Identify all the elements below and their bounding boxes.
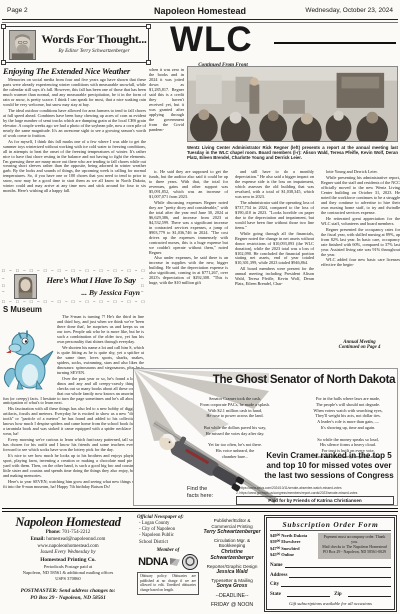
staff-role: Publisher/Editor & Commercial Printing <box>203 518 261 529</box>
words-for-thought-box: Words For Thought... By Editor Terry Sch… <box>3 26 149 63</box>
field-label: Name <box>270 563 283 568</box>
s-museum-body: The S-man is turning 7! He's the third i… <box>3 315 144 505</box>
left-article-body: Memories on social media from four and f… <box>3 78 146 268</box>
paragraph: While presenting his administrative repo… <box>321 176 400 216</box>
masthead-printer: Homestead Printing Co. <box>4 557 132 564</box>
paragraph: While discussing expenses Regner noted t… <box>149 201 228 256</box>
frame-corner <box>146 60 151 65</box>
postmaster-note: POSTMASTER: Send address changes to: PO … <box>4 588 132 602</box>
staff-name: Christine Schwartzenberger <box>203 549 261 562</box>
jessica-photo <box>14 274 37 299</box>
fill-in-line[interactable] <box>285 563 392 568</box>
column-byline: By Editor Terry Schwartzenberger <box>40 48 148 54</box>
obituary-policy: Obituary policy: Obituaries are publishe… <box>137 572 199 595</box>
wlc-column-3: lotte Young and Derrick Leier.While pres… <box>321 170 400 330</box>
paragraph: Every morning we're curious to learn whi… <box>3 438 144 453</box>
find-facts-label: Find the facts here: <box>187 486 235 500</box>
paragraph: As for myself, I think this fall marks o… <box>3 140 146 195</box>
paragraph: While going through all the financials, … <box>235 232 314 267</box>
source-links: 1. https://www.axios.com/2024/10/11/sena… <box>236 486 396 496</box>
meeting-photo <box>187 66 398 142</box>
payment-note: Payment must accompany order. Thank you.… <box>318 533 391 559</box>
newspaper-page: Page 2 Napoleon Homestead Wednesday, Oct… <box>0 0 400 614</box>
paragraph: Regner presented the occupancy rates for… <box>321 228 400 258</box>
masthead-info: Napoleon Homestead Phone: 701-754-2212 E… <box>4 515 132 602</box>
fill-in-line[interactable] <box>281 582 391 587</box>
continued-on-page-note: Annual Meeting Continued on Page 4 <box>321 340 398 350</box>
paragraph: It's nice to see how much he looks up to… <box>3 454 144 479</box>
ornament-border-left: ~ □ ~ <box>2 276 9 296</box>
masthead-phone: Phone: 701-754-2212 <box>4 530 132 537</box>
deadline-time: FRIDAY @ NOON <box>203 602 261 609</box>
email-label: Email: <box>31 537 45 542</box>
fill-in-line[interactable] <box>287 592 330 597</box>
masthead: Napoleon Homestead Phone: 701-754-2212 E… <box>0 515 400 614</box>
paragraph: ic. He said they are supposed to get the… <box>149 170 228 200</box>
frame-corner <box>1 24 6 29</box>
frame-corner <box>1 60 6 65</box>
staff-name: Jessica Wald <box>203 569 261 575</box>
form-field-state-zip: State Zip <box>270 592 391 597</box>
staff-block: Publisher/Editor & Commercial Printing T… <box>203 516 261 609</box>
member-of-label: Member of <box>137 548 199 553</box>
ornament-border-right: ~ □ ~ <box>141 276 148 296</box>
official-item: School District <box>139 540 199 546</box>
ornament-border-bottom: □ ~ □ ~ □ ~ □ ~ □ ~ □ ~ □ ~ □ ~ □ ~ □ ~ … <box>2 299 146 304</box>
wlc-column-1: ic. He said they are supposed to get the… <box>149 170 228 364</box>
photo-caption: Wentz Living Center Administrator Rick R… <box>187 145 398 167</box>
form-field-address: Address <box>270 573 391 578</box>
deadline-label: --DEADLINE-- <box>203 593 261 600</box>
postmaster-line-1: POSTMASTER: Send address changes to: <box>4 588 132 595</box>
masthead-website: www.napoleonhomestead.com <box>4 544 132 551</box>
ad-message: Kevin Cramer ranked in the top 5 and top… <box>262 451 396 480</box>
form-field-city: City <box>270 582 391 587</box>
paragraph: and still have to do a monthly depreciat… <box>235 170 314 200</box>
official-list: - Logan County - City of Napoleon - Napo… <box>139 521 199 546</box>
staff-name: Terry Schwartzenberger <box>203 529 261 535</box>
wlc-headline: WLC <box>170 20 253 60</box>
masthead-rule <box>2 508 398 512</box>
field-label: City <box>270 582 279 587</box>
jessica-column-title: Here's What I Have To Say <box>40 275 142 285</box>
gift-note: Gift subscriptions available for all occ… <box>270 601 391 606</box>
ad-title: The Ghost Senator of North Dakota <box>212 374 396 386</box>
masthead-title: Napoleon Homestead <box>4 515 132 530</box>
wlc-lead-column: when it was zero in the books and in 202… <box>149 68 184 174</box>
paragraph: The administrator said the operating los… <box>235 201 314 231</box>
masthead-issued: Issued Every Wednesday by <box>4 550 132 557</box>
masthead-usps: USPS 370860 <box>4 576 132 582</box>
ornament-border-top: □ ~ □ ~ □ ~ □ ~ □ ~ □ ~ □ ~ □ ~ □ ~ □ ~ … <box>2 268 146 273</box>
staff-name: Sonya Gross <box>203 583 261 589</box>
paragraph: WLC added four new basic care licenses e… <box>321 258 400 268</box>
postmaster-line-2: PO Box 29 - Napoleon, ND 58561 <box>4 595 132 602</box>
official-label: Official Newspaper of: <box>137 515 199 520</box>
wlc-column-2: and still have to do a monthly depreciat… <box>235 170 314 364</box>
ndna-row: NDNA <box>137 554 199 570</box>
source-link-2: 2. https://www.govtrack.us/congress/memb… <box>236 491 396 496</box>
paragraph: The ideal outdoor conditions have allowe… <box>3 109 146 139</box>
price-list: $49⁰⁰ North Dakota $59⁰⁰ Elsewhere $47⁰⁰… <box>270 533 318 559</box>
paragraph: His fascination with all these things ha… <box>3 407 144 437</box>
phone-label: Phone: <box>46 530 61 535</box>
price-item: $45⁰⁰ Online <box>270 552 318 558</box>
page-header: Page 2 Napoleon Homestead Wednesday, Oct… <box>0 4 400 18</box>
masthead-email: Email: homestead@napoleonnd.com <box>4 537 132 544</box>
s-museum-title: S Museum <box>3 305 42 314</box>
paragraph: when it was zero in the books and in 202… <box>149 68 184 133</box>
staff-role: Circulation Mgr. & Bookkeeping <box>203 538 261 549</box>
email-address: homestead@napoleonnd.com <box>46 537 105 542</box>
phone-number: 701-754-2212 <box>62 530 90 535</box>
editor-photo <box>9 30 36 60</box>
paragraph: He reiterated great appreciation for the… <box>321 217 400 227</box>
subscription-order-form: Subscription Order Form $49⁰⁰ North Dako… <box>264 515 397 612</box>
subscription-title: Subscription Order Form <box>270 520 391 531</box>
fill-in-line[interactable] <box>348 592 391 597</box>
jessica-column-byline: ... By Jessica Fayn <box>40 288 140 297</box>
ndna-logo: NDNA <box>138 556 168 568</box>
issue-date: Wednesday, October 23, 2024 <box>305 7 393 14</box>
ndna-flag-icon <box>170 558 180 566</box>
frame-corner <box>146 24 151 29</box>
left-article-title: Enjoying The Extended Nice Weather <box>3 66 146 76</box>
field-label: Zip <box>334 592 342 597</box>
paragraph: Here's to year SEVEN; watching him grow … <box>3 480 144 490</box>
ghost-senator-ad: The Ghost Senator of North Dakota Senato… <box>133 368 398 506</box>
form-field-name: Name <box>270 563 391 568</box>
subscription-row: $49⁰⁰ North Dakota $59⁰⁰ Elsewhere $47⁰⁰… <box>270 533 391 559</box>
paid-for-disclaimer: Paid for by Friends of Katrina Christian… <box>236 496 394 505</box>
column-title: Words For Thought... <box>40 32 148 47</box>
field-label: State <box>270 592 281 597</box>
official-newspaper-block: Official Newspaper of: - Logan County - … <box>137 515 199 595</box>
dragon-cartoon <box>3 329 55 391</box>
field-label: Address <box>270 573 287 578</box>
fill-in-line[interactable] <box>289 573 391 578</box>
headline-rule <box>274 42 396 44</box>
paragraph: Also under expenses, he said there is an… <box>149 256 228 286</box>
nd-seal-icon <box>182 554 198 570</box>
paragraph: All board members were present for the a… <box>235 267 314 287</box>
paragraph: Memories on social media from four and f… <box>3 78 146 108</box>
